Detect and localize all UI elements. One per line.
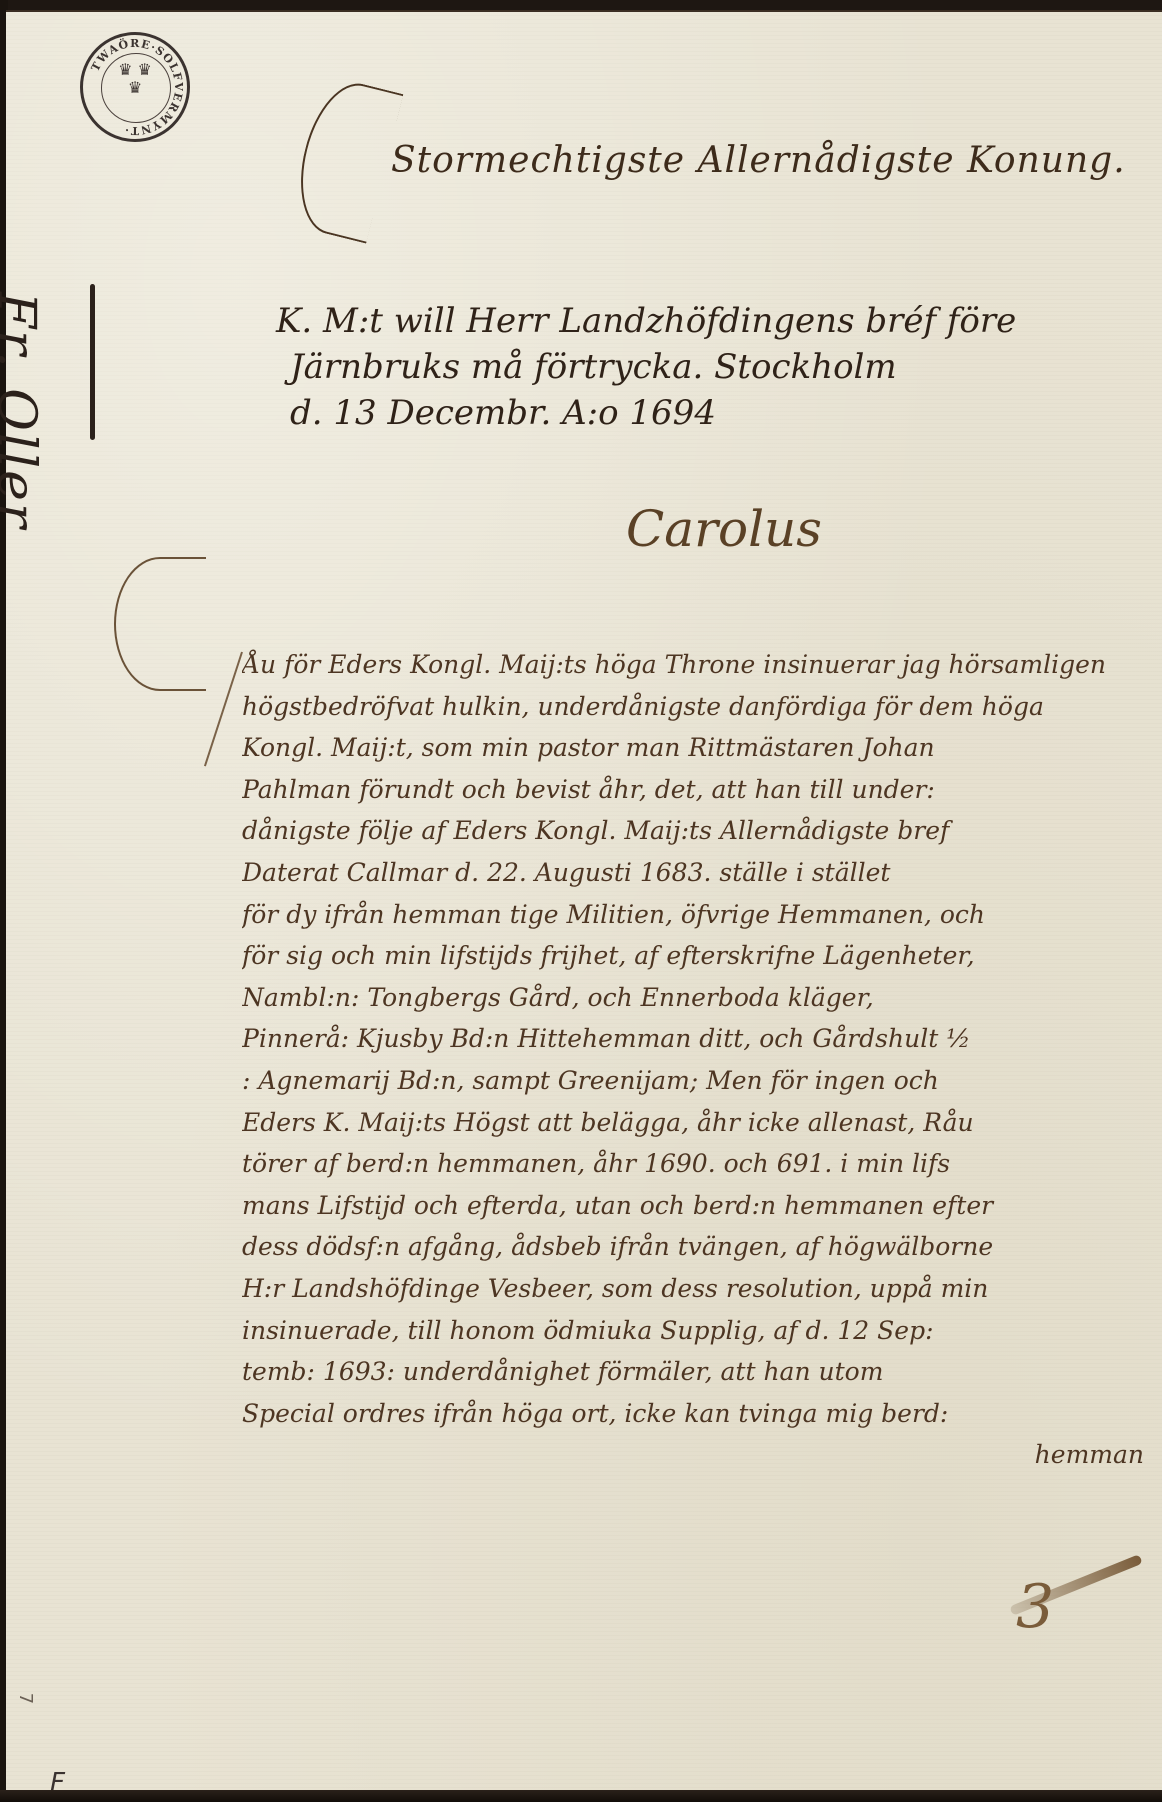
body-line: Nambl:n: Tongbergs Gård, och Ennerboda k… — [242, 977, 1152, 1019]
address-block: K. M:t will Herr Landzhöfdingens bréf fö… — [276, 298, 1136, 436]
body-line: högstbedröfvat hulkin, underdånigste dan… — [242, 686, 1152, 728]
body-line: Special ordres ifrån höga ort, icke kan … — [242, 1393, 1152, 1435]
body-line: insinuerade, till honom ödmiuka Supplig,… — [242, 1310, 1152, 1352]
body-line: mans Lifstijd och efterda, utan och berd… — [242, 1185, 1152, 1227]
body-line: för dy ifrån hemman tige Militien, öfvri… — [242, 894, 1152, 936]
initial-flourish-icon — [114, 557, 206, 691]
body-line: Pahlman förundt och bevist åhr, det, att… — [242, 769, 1152, 811]
body-line: temb: 1693: underdånighet förmäler, att … — [242, 1351, 1152, 1393]
body-line: dånigste följe af Eders Kongl. Maij:ts A… — [242, 810, 1152, 852]
manuscript-page: TWAÖRE·SOLFVERMYNT· ♛ ♛♛ Fr. Oller Storm… — [6, 10, 1162, 1792]
document-title: Stormechtigste Allernådigste Konung. — [391, 140, 1126, 181]
body-line: Pinnerå: Kjusby Bd:n Hittehemman ditt, o… — [242, 1018, 1152, 1060]
body-line: törer af berd:n hemmanen, åhr 1690. och … — [242, 1143, 1152, 1185]
page-edge-bottom — [0, 1790, 1162, 1802]
body-line: Eders K. Maij:ts Högst att belägga, åhr … — [242, 1102, 1152, 1144]
body-line: : Agnemarij Bd:n, sampt Greenijam; Men f… — [242, 1060, 1152, 1102]
initial-stroke — [204, 652, 243, 767]
address-line: Järnbruks må förtrycka. Stockholm — [276, 344, 1136, 390]
body-line: Åu för Eders Kongl. Maij:ts höga Throne … — [242, 644, 1152, 686]
address-line: d. 13 Decembr. A:o 1694 — [276, 390, 1136, 436]
body-catchword: hemman — [242, 1434, 1152, 1476]
margin-rule — [90, 284, 95, 440]
body-line: Kongl. Maij:t, som min pastor man Rittmä… — [242, 727, 1152, 769]
title-flourish-icon — [287, 74, 404, 243]
body-line: Daterat Callmar d. 22. Augusti 1683. stä… — [242, 852, 1152, 894]
body-line: H:r Landshöfdinge Vesbeer, som dess reso… — [242, 1268, 1152, 1310]
edge-mark: 7 — [15, 1693, 36, 1704]
letter-body: Åu för Eders Kongl. Maij:ts höga Throne … — [242, 644, 1152, 1476]
stamp-seal: TWAÖRE·SOLFVERMYNT· ♛ ♛♛ — [80, 32, 190, 142]
body-line: för sig och min lifstijds frijhet, af ef… — [242, 935, 1152, 977]
margin-note: Fr. Oller — [0, 292, 46, 530]
closing-flourish-icon: 3 — [1016, 1572, 1054, 1642]
royal-signature: Carolus — [626, 500, 822, 558]
address-line: K. M:t will Herr Landzhöfdingens bréf fö… — [276, 298, 1136, 344]
three-crowns-icon: ♛ ♛♛ — [83, 61, 187, 97]
body-line: dess dödsf:n afgång, ådsbeb ifrån tvänge… — [242, 1226, 1152, 1268]
